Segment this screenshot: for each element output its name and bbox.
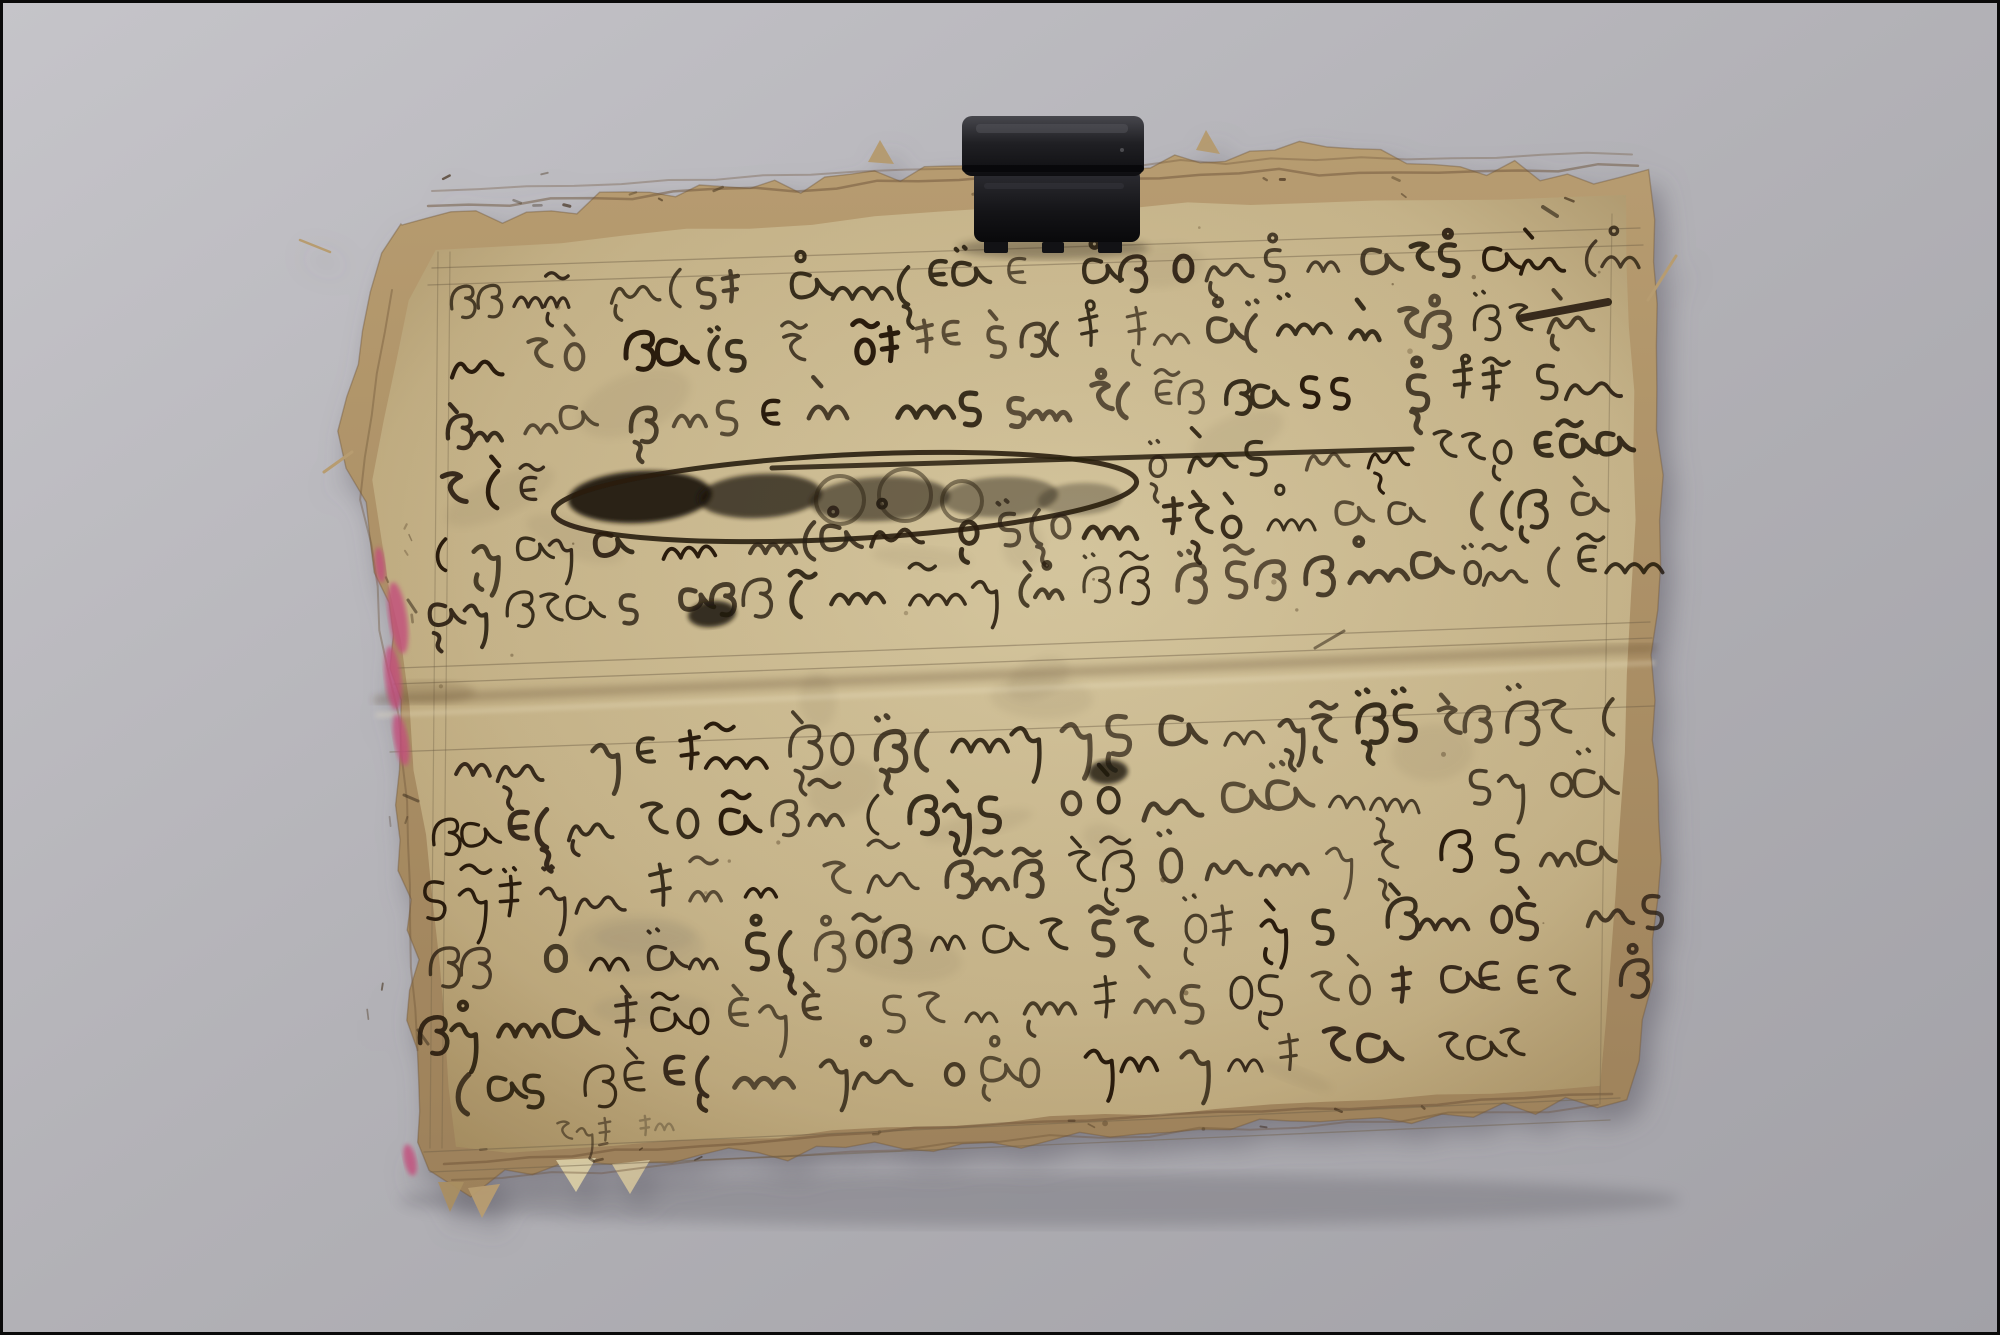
clip-highlight bbox=[976, 124, 1128, 133]
manuscript-page bbox=[300, 130, 1676, 1218]
clip-lower-jaw bbox=[974, 168, 1140, 242]
photo bbox=[0, 0, 2000, 1335]
clip-foot bbox=[1042, 242, 1064, 253]
binder-clip bbox=[957, 116, 1149, 259]
clip-ridge bbox=[962, 165, 1144, 172]
clip-highlight-lower bbox=[984, 183, 1124, 189]
clip-speck bbox=[1120, 148, 1124, 152]
manuscript-photo bbox=[0, 0, 2000, 1335]
page-contact-shadow bbox=[400, 1174, 1680, 1226]
